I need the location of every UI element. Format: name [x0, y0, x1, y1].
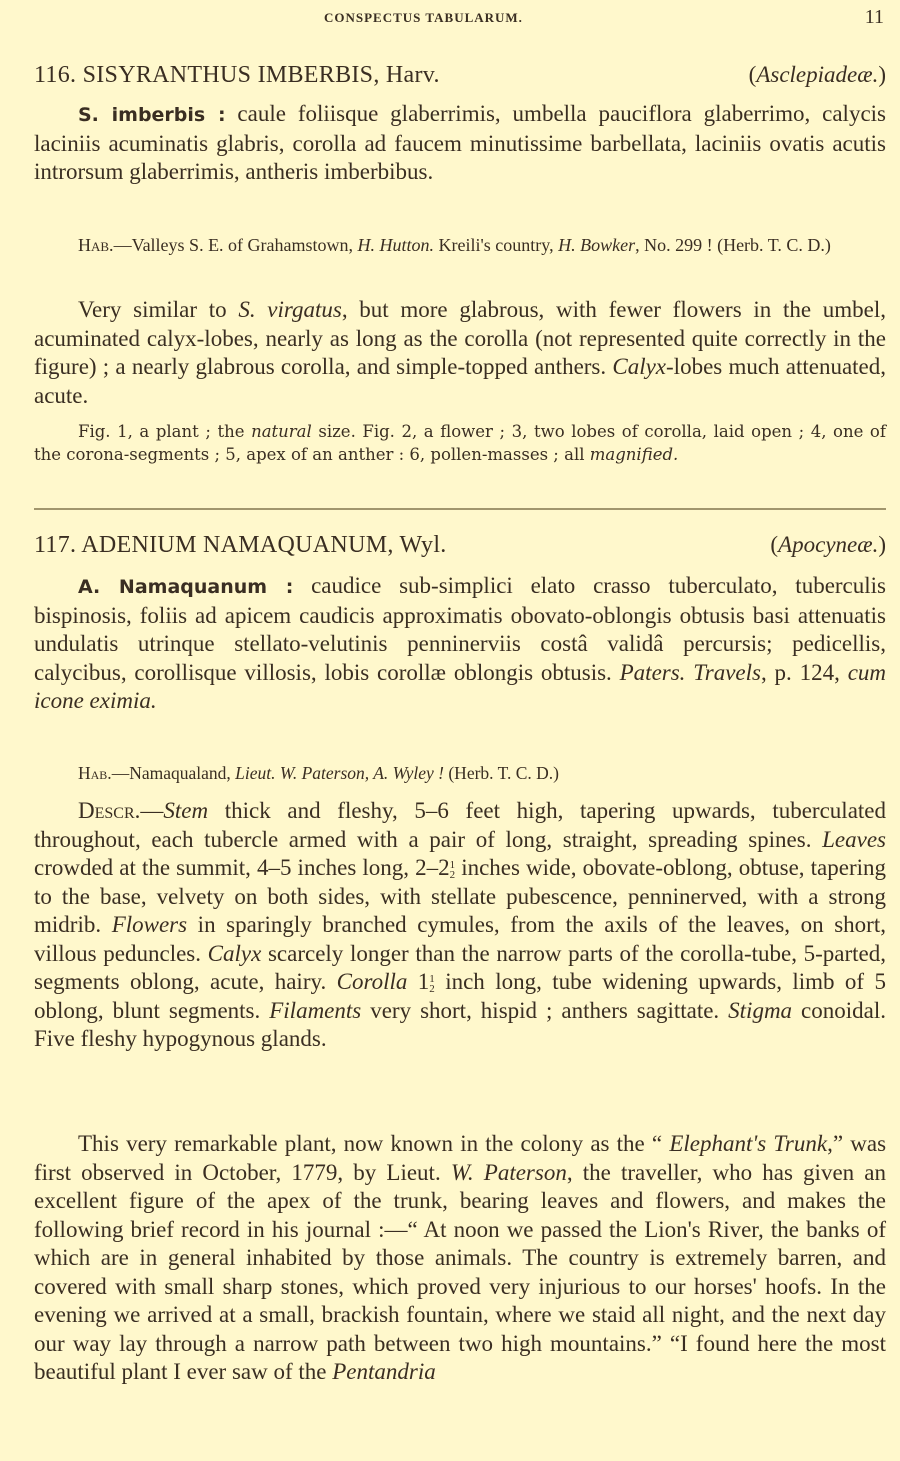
entry-116-habitat: Hab.—Valleys S. E. of Grahamstown, H. Hu…: [34, 234, 886, 257]
entry-116-note: Very similar to S. virgatus, but more gl…: [34, 296, 886, 410]
entry-family: (Apocyneæ.): [770, 532, 886, 558]
running-title: CONSPECTUS TABULARUM.: [324, 10, 523, 26]
entry-117-habitat: Hab.—Namaqualand, Lieut. W. Paterson, A.…: [34, 762, 886, 785]
section-divider: [34, 508, 886, 510]
entry-title: 117. ADENIUM NAMAQUANUM, Wyl.: [34, 532, 447, 559]
entry-116-figure-caption: Fig. 1, a plant ; the natural size. Fig.…: [34, 420, 886, 466]
entry-116-heading: 116. SISYRANTHUS IMBERBIS, Harv. (Asclep…: [34, 62, 886, 92]
entry-title: 116. SISYRANTHUS IMBERBIS, Harv.: [34, 62, 440, 89]
entry-117-heading: 117. ADENIUM NAMAQUANUM, Wyl. (Apocyneæ.…: [34, 532, 886, 562]
running-head: CONSPECTUS TABULARUM. 11: [34, 6, 886, 28]
hab-label: Hab.: [78, 763, 112, 783]
entry-family: (Asclepiadeæ.): [749, 62, 886, 88]
entry-117-description: Descr.—Stem thick and fleshy, 5–6 feet h…: [34, 797, 886, 1054]
descr-label: Descr.: [78, 798, 140, 823]
diagnosis-name: A. Namaquanum :: [78, 576, 293, 598]
page-number: 11: [865, 6, 884, 29]
entry-117-diagnosis: A. Namaquanum : caudice sub-simplici ela…: [34, 572, 886, 716]
entry-117-remarks: This very remarkable plant, now known in…: [34, 1130, 886, 1387]
hab-label: Hab.: [78, 235, 114, 255]
diagnosis-name: S. imberbis :: [78, 104, 226, 126]
entry-116-diagnosis: S. imberbis : caule foliisque glaberrimi…: [34, 100, 886, 187]
